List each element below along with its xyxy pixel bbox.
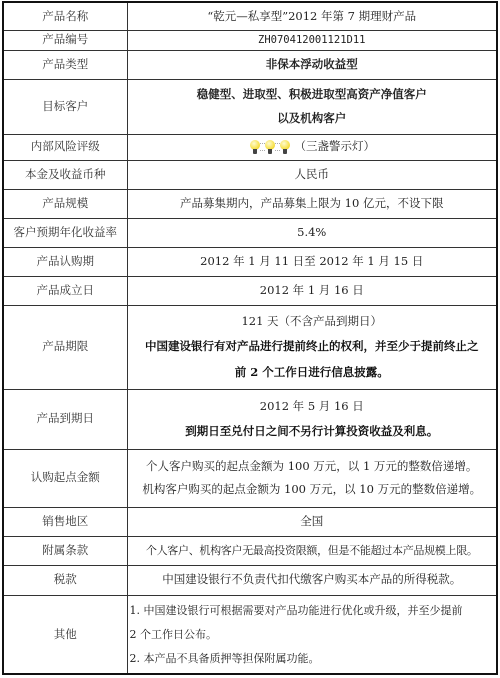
value-sales-region: 全国	[127, 507, 497, 536]
row-minimum-amount: 认购起点金额 个人客户购买的起点金额为 100 万元，以 1 万元的整数倍递增。…	[3, 449, 497, 507]
lightbulb-icon	[280, 140, 290, 154]
three-lightbulbs-icon	[249, 140, 291, 154]
product-info-table: 产品名称 “乾元—私享型”2012 年第 7 期理财产品 产品编号 ZH0704…	[2, 1, 498, 675]
row-product-code: 产品编号 ZH070412001121D11	[3, 30, 497, 50]
target-line-1: 稳健型、进取型、积极进取型高资产净值客户	[130, 89, 495, 101]
value-other: 1. 中国建设银行可根据需要对产品功能进行优化或升级，并至少提前 2 个工作日公…	[127, 595, 497, 674]
label-additional-clause: 附属条款	[3, 536, 127, 565]
label-maturity-date: 产品到期日	[3, 389, 127, 449]
row-maturity-date: 产品到期日 2012 年 5 月 16 日 到期日至兑付日之间不另行计算投资收益…	[3, 389, 497, 449]
term-line-3: 前 2 个工作日进行信息披露。	[130, 367, 495, 379]
minimum-line-2: 机构客户购买的起点金额为 100 万元，以 10 万元的整数倍递增。	[130, 484, 495, 496]
value-product-name: “乾元—私享型”2012 年第 7 期理财产品	[127, 2, 497, 30]
target-line-2: 以及机构客户	[130, 113, 495, 125]
label-product-type: 产品类型	[3, 50, 127, 79]
label-scale: 产品规模	[3, 189, 127, 218]
label-product-term: 产品期限	[3, 305, 127, 389]
value-product-code: ZH070412001121D11	[127, 30, 497, 50]
risk-rating-text: （三盏警示灯）	[295, 139, 376, 153]
value-scale: 产品募集期内，产品募集上限为 10 亿元，不设下限	[127, 189, 497, 218]
lightbulb-icon	[265, 140, 275, 154]
value-risk-rating: （三盏警示灯）	[127, 134, 497, 160]
row-expected-yield: 客户预期年化收益率 5.4%	[3, 218, 497, 247]
row-product-type: 产品类型 非保本浮动收益型	[3, 50, 497, 79]
row-product-term: 产品期限 121 天（不含产品到期日） 中国建设银行有对产品进行提前终止的权利，…	[3, 305, 497, 389]
value-target-customer: 稳健型、进取型、积极进取型高资产净值客户 以及机构客户	[127, 79, 497, 134]
row-other: 其他 1. 中国建设银行可根据需要对产品功能进行优化或升级，并至少提前 2 个工…	[3, 595, 497, 674]
label-other: 其他	[3, 595, 127, 674]
value-minimum-amount: 个人客户购买的起点金额为 100 万元，以 1 万元的整数倍递增。 机构客户购买…	[127, 449, 497, 507]
value-tax: 中国建设银行不负责代扣代缴客户购买本产品的所得税款。	[127, 565, 497, 595]
label-product-code: 产品编号	[3, 30, 127, 50]
other-line-2: 2 个工作日公布。	[130, 629, 495, 640]
value-additional-clause: 个人客户、机构客户无最高投资限额，但是不能超过本产品规模上限。	[127, 536, 497, 565]
other-line-3: 2. 本产品不具备质押等担保附属功能。	[130, 653, 495, 664]
row-product-name: 产品名称 “乾元—私享型”2012 年第 7 期理财产品	[3, 2, 497, 30]
label-target-customer: 目标客户	[3, 79, 127, 134]
row-sales-region: 销售地区 全国	[3, 507, 497, 536]
row-tax: 税款 中国建设银行不负责代扣代缴客户购买本产品的所得税款。	[3, 565, 497, 595]
value-currency: 人民币	[127, 160, 497, 189]
label-sales-region: 销售地区	[3, 507, 127, 536]
row-additional-clause: 附属条款 个人客户、机构客户无最高投资限额，但是不能超过本产品规模上限。	[3, 536, 497, 565]
value-maturity-date: 2012 年 5 月 16 日 到期日至兑付日之间不另行计算投资收益及利息。	[127, 389, 497, 449]
label-tax: 税款	[3, 565, 127, 595]
label-subscription-period: 产品认购期	[3, 247, 127, 276]
maturity-line-2: 到期日至兑付日之间不另行计算投资收益及利息。	[130, 426, 495, 438]
term-line-2: 中国建设银行有对产品进行提前终止的权利，并至少于提前终止之	[130, 341, 495, 353]
label-expected-yield: 客户预期年化收益率	[3, 218, 127, 247]
value-product-term: 121 天（不含产品到期日） 中国建设银行有对产品进行提前终止的权利，并至少于提…	[127, 305, 497, 389]
minimum-line-1: 个人客户购买的起点金额为 100 万元，以 1 万元的整数倍递增。	[130, 461, 495, 473]
label-minimum-amount: 认购起点金额	[3, 449, 127, 507]
value-subscription-period: 2012 年 1 月 11 日至 2012 年 1 月 15 日	[127, 247, 497, 276]
label-currency: 本金及收益币种	[3, 160, 127, 189]
row-established-date: 产品成立日 2012 年 1 月 16 日	[3, 276, 497, 305]
row-currency: 本金及收益币种 人民币	[3, 160, 497, 189]
value-product-type: 非保本浮动收益型	[127, 50, 497, 79]
lightbulb-icon	[250, 140, 260, 154]
label-established-date: 产品成立日	[3, 276, 127, 305]
row-target-customer: 目标客户 稳健型、进取型、积极进取型高资产净值客户 以及机构客户	[3, 79, 497, 134]
value-expected-yield: 5.4%	[127, 218, 497, 247]
row-subscription-period: 产品认购期 2012 年 1 月 11 日至 2012 年 1 月 15 日	[3, 247, 497, 276]
value-established-date: 2012 年 1 月 16 日	[127, 276, 497, 305]
other-line-1: 1. 中国建设银行可根据需要对产品功能进行优化或升级，并至少提前	[130, 605, 495, 616]
label-product-name: 产品名称	[3, 2, 127, 30]
row-risk-rating: 内部风险评级 （三盏警示灯）	[3, 134, 497, 160]
row-scale: 产品规模 产品募集期内，产品募集上限为 10 亿元，不设下限	[3, 189, 497, 218]
maturity-line-1: 2012 年 5 月 16 日	[130, 401, 495, 413]
label-risk-rating: 内部风险评级	[3, 134, 127, 160]
term-line-1: 121 天（不含产品到期日）	[130, 316, 495, 328]
